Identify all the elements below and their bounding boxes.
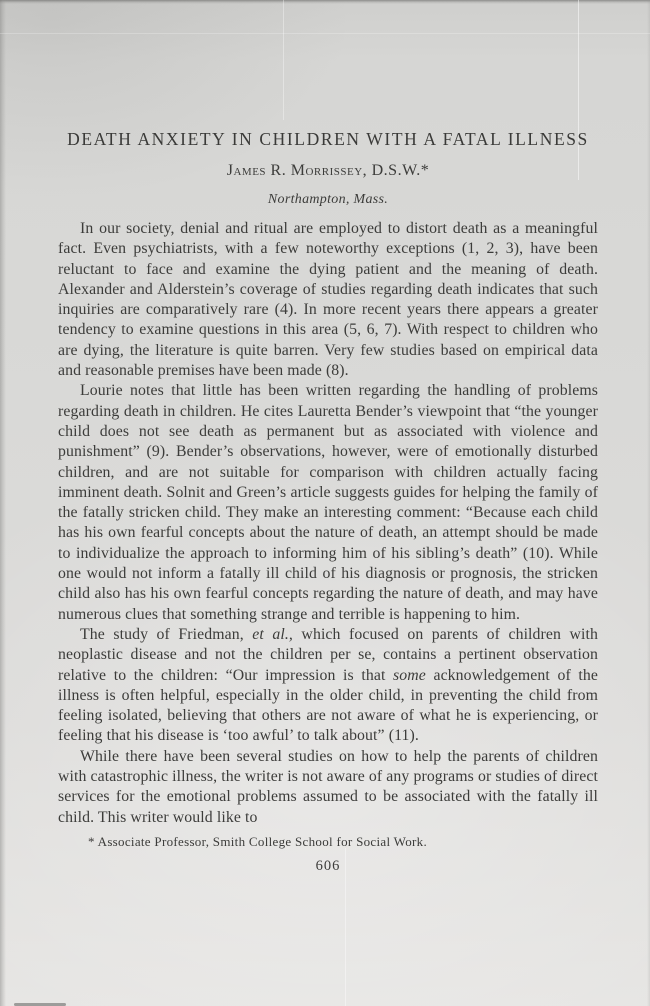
article-content: DEATH ANXIETY IN CHILDREN WITH A FATAL I… <box>58 0 598 875</box>
italic-citation-et-al: et al., <box>252 626 293 643</box>
body-paragraph-1: In our society, denial and ritual are em… <box>58 219 598 381</box>
scanned-journal-page: DEATH ANXIETY IN CHILDREN WITH A FATAL I… <box>0 0 650 1006</box>
article-body: In our society, denial and ritual are em… <box>58 219 598 828</box>
body-paragraph-4: While there have been several studies on… <box>58 747 598 828</box>
author-byline: James R. Morrissey, D.S.W.* <box>58 162 598 180</box>
article-title: DEATH ANXIETY IN CHILDREN WITH A FATAL I… <box>58 129 598 150</box>
paragraph-text: Lourie notes that little has been writte… <box>58 382 598 622</box>
body-paragraph-3: The study of Friedman, et al., which foc… <box>58 625 598 747</box>
footnote: * Associate Professor, Smith College Sch… <box>58 834 598 850</box>
author-affiliation: Northampton, Mass. <box>58 192 598 208</box>
scan-left-edge <box>0 0 6 1006</box>
paragraph-text: In our society, denial and ritual are em… <box>58 220 598 379</box>
body-paragraph-2: Lourie notes that little has been writte… <box>58 381 598 625</box>
italic-emphasis-some: some <box>393 667 426 684</box>
paragraph-text: The study of Friedman, <box>80 626 252 643</box>
page-number: 606 <box>58 858 598 875</box>
paragraph-text: While there have been several studies on… <box>58 748 598 826</box>
